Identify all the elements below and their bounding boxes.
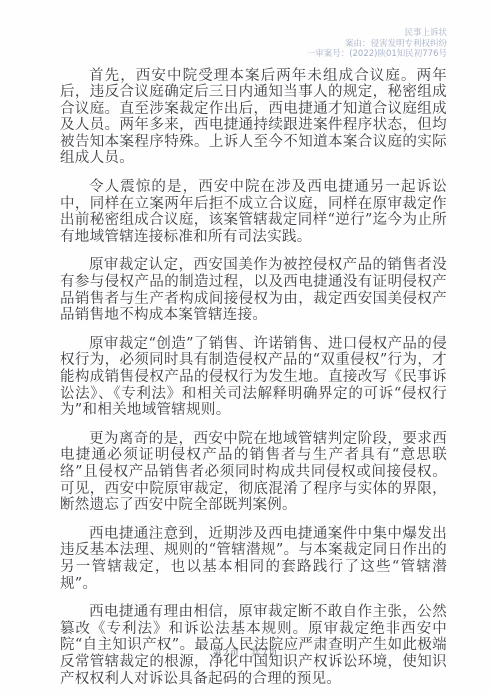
paragraph: 令人震惊的是，西安中院在涉及西电捷通另一起诉讼中，同样在立案两年后拒不成立合议庭… bbox=[60, 179, 447, 245]
document-page: 民事上诉状 案由：侵害发明专利权纠纷 一审案号：(2022)陕01知民初776号… bbox=[0, 0, 491, 695]
document-body: 首先，西安中院受理本案后两年未组成合议庭。两年后，违反合议庭确定后三日内通知当事… bbox=[60, 68, 447, 688]
paragraph: 原审裁定“创造”了销售、许诺销售、进口侵权产品的侵权行为，必须同时具有制造侵权产… bbox=[60, 336, 447, 419]
paragraph: 西电捷通注意到，近期涉及西电捷通案件中集中爆发出违反基本法理、规则的“管辖潜规”… bbox=[60, 526, 447, 592]
paragraph: 首先，西安中院受理本案后两年未组成合议庭。两年后，违反合议庭确定后三日内通知当事… bbox=[60, 68, 447, 168]
document-title: 民事上诉状 bbox=[60, 28, 447, 39]
paragraph: 更为离奇的是，西安中院在地域管辖判定阶段，要求西电捷通必须证明侵权产品的销售者与… bbox=[60, 431, 447, 514]
paragraph: 原审裁定认定，西安国美作为被控侵权产品的销售者没有参与侵权产品的制造过程，以及西… bbox=[60, 257, 447, 323]
case-number: 一审案号：(2022)陕01知民初776号 bbox=[60, 49, 447, 60]
case-header: 民事上诉状 案由：侵害发明专利权纠纷 一审案号：(2022)陕01知民初776号 bbox=[60, 28, 447, 60]
case-cause: 案由：侵害发明专利权纠纷 bbox=[60, 39, 447, 50]
page-number: 第2页，共7页 bbox=[0, 645, 491, 659]
